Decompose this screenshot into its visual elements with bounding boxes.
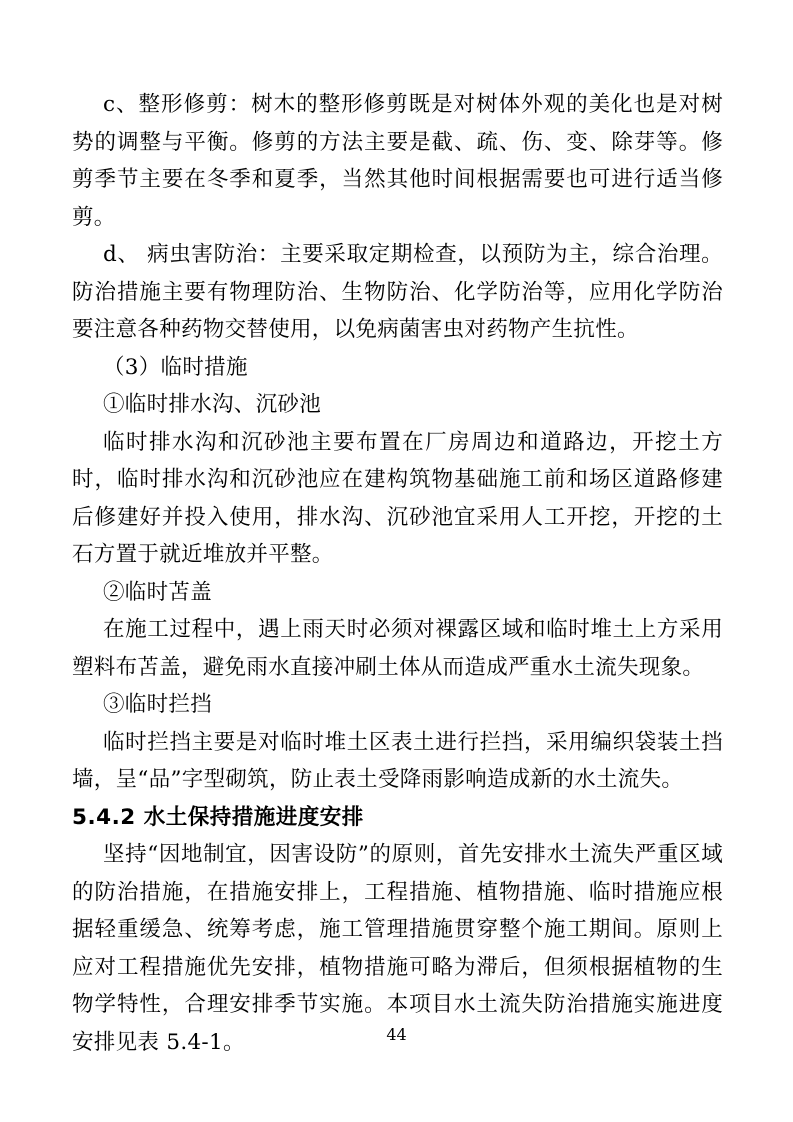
label-temporary-measures: （3）临时措施 [72,349,723,387]
document-page: c、整形修剪：树木的整形修剪既是对树体外观的美化也是对树势的调整与平衡。修剪的方… [0,0,793,1122]
label-item1-drainage-ditch: ①临时排水沟、沉砂池 [72,386,723,424]
paragraph-pruning: c、整形修剪：树木的整形修剪既是对树体外观的美化也是对树势的调整与平衡。修剪的方… [72,86,723,236]
paragraph-drainage-ditch: 临时排水沟和沉砂池主要布置在厂房周边和道路边，开挖土方时，临时排水沟和沉砂池应在… [72,424,723,574]
label-item2-temporary-cover: ②临时苫盖 [72,574,723,612]
page-footer: 44 [0,1024,793,1046]
label-item3-temporary-barrier: ③临时拦挡 [72,686,723,724]
paragraph-temporary-cover: 在施工过程中，遇上雨天时必须对裸露区域和临时堆土上方采用塑料布苫盖，避免雨水直接… [72,611,723,686]
document-body: c、整形修剪：树木的整形修剪既是对树体外观的美化也是对树势的调整与平衡。修剪的方… [72,86,723,1061]
paragraph-pest-control: d、 病虫害防治：主要采取定期检查，以预防为主，综合治理。防治措施主要有物理防治… [72,236,723,349]
paragraph-temporary-barrier: 临时拦挡主要是对临时堆土区表土进行拦挡，采用编织袋装土挡墙，呈“品”字型砌筑，防… [72,724,723,799]
section-heading-5-4-2: 5.4.2 水土保持措施进度安排 [72,799,723,837]
page-number: 44 [386,1025,406,1044]
